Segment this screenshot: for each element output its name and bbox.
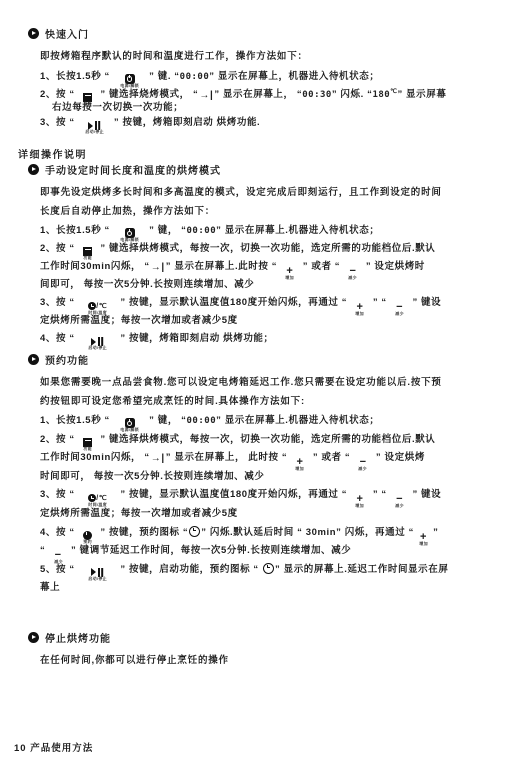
- text-run: ” 键设: [409, 297, 441, 308]
- section-title-row: 预约功能: [28, 353, 514, 366]
- step-line: 2、按 “ 功能 ” 键选择烘烤模式，每按一次，切换一次功能，选定所需的功能档位…: [40, 432, 514, 451]
- step-line: 定烘烤所需温度；每按一次增加或者减少5度: [40, 313, 514, 331]
- key-tiny-label: 减少: [359, 468, 368, 470]
- segment-display: 00:30: [302, 90, 332, 100]
- intro-line: 长度后自动停止加热，操作方法如下：: [40, 205, 514, 219]
- text-run: ” 显示在屏幕上.机器进入待机状态；: [216, 225, 379, 236]
- step-lines: 1、长按1.5秒 “电源/解锁” 键， “00:00” 显示在屏幕上.机器进入待…: [40, 413, 514, 599]
- arrow-symbol: →|: [199, 91, 213, 100]
- minus-button-icon: −减少: [391, 303, 408, 317]
- key-tiny-label: 减少: [54, 561, 63, 563]
- key-tiny-label: 增加: [286, 277, 295, 279]
- text-run: 3、按 “: [40, 297, 78, 308]
- key-tiny-label: 启动/停止: [88, 578, 107, 580]
- text-run: ” 显示的屏幕上.延迟工作时间显示在屏: [275, 564, 448, 575]
- plus-button-icon: +增加: [291, 458, 308, 472]
- key-tiny-label: 减少: [395, 313, 404, 315]
- text-run: ” 显示屏幕: [397, 89, 446, 100]
- clock-glyph: [263, 563, 274, 574]
- step-line: 间即可， 每按一次5分钟.长按则连续增加、减少: [40, 277, 514, 295]
- key-tiny-label: 电源/解锁: [120, 429, 139, 431]
- clock-glyph: [88, 302, 96, 310]
- step-line: 右边每按一次切换一次功能；: [40, 100, 514, 116]
- arrow-symbol: →|: [151, 263, 165, 272]
- key-tiny-label: 增加: [419, 543, 428, 545]
- step-line: 工作时间30min闪烁， “→|” 显示在屏幕上.此时按 “ +增加 ” 或者 …: [40, 259, 514, 277]
- text-run: 4、按 “: [40, 527, 78, 538]
- preset-glyph: [83, 531, 92, 540]
- power-glyph: [125, 418, 135, 428]
- step-line: 时间即可， 每按一次5分钟.长按则连续增加、减少: [40, 469, 514, 488]
- segment-display: 00:00: [180, 72, 210, 82]
- power-glyph: [125, 228, 135, 238]
- text-run: 2、按 “: [40, 434, 78, 445]
- section-title: 手动设定时间长度和温度的烘烤模式: [45, 162, 221, 177]
- text-run: 1、长按1.5秒 “: [40, 225, 110, 236]
- clock-icon: [189, 526, 200, 537]
- text-run: ” 按键，启动功能，预约图标 “: [117, 564, 262, 575]
- celsius-glyph: /℃: [96, 495, 107, 502]
- clock-icon: [263, 563, 274, 574]
- intro-line: 如果您需要晚一点品尝食物.您可以设定电烤箱延迟工作.您只需要在设定功能以后.按下…: [40, 376, 514, 390]
- text-run: 间即可， 每按一次5分钟.长按则连续增加、减少: [40, 279, 254, 290]
- text-run: ” “: [370, 297, 390, 308]
- text-run: 1、长按1.5秒 “: [40, 71, 110, 82]
- section-manual-time-temp: 手动设定时间长度和温度的烘烤模式即事先设定烘烤多长时间和多高温度的模式，设定完成…: [28, 163, 514, 349]
- key-tiny-label: 功能: [83, 103, 92, 105]
- text-run: 3、按 “: [40, 117, 75, 128]
- section-title: 预约功能: [45, 352, 89, 367]
- text-run: ” 键选择烘烤模式，每按一次，切换一次功能，选定所需的功能档位后.默认: [97, 434, 435, 445]
- text-run: 定烘烤所需温度；每按一次增加或者减少5度: [40, 508, 238, 519]
- key-tiny-label: 启动/停止: [88, 347, 107, 349]
- play-bullet-icon: [28, 354, 39, 365]
- text-run: “: [40, 545, 49, 556]
- text-run: ” 或者 “: [310, 452, 354, 463]
- key-tiny-label: 启动/停止: [85, 131, 104, 133]
- segment-display: 00:00: [187, 226, 217, 236]
- key-tiny-label: 增加: [356, 313, 365, 315]
- text-run: ” 显示在屏幕上.机器进入待机状态；: [216, 415, 379, 426]
- minus-button-icon: −减少: [344, 267, 361, 281]
- text-run: 4、按 “: [40, 333, 78, 344]
- play-bullet-icon: [28, 28, 39, 39]
- text-run: ” 按键，显示默认温度值180度开始闪烁，再通过 “: [117, 489, 350, 500]
- step-line: 1、长按1.5秒 “电源/解锁” 键. “00:00” 显示在屏幕上，机器进入待…: [40, 69, 514, 85]
- text-run: 工作时间30min闪烁， “: [40, 452, 150, 463]
- text-run: ” 闪烁. “: [332, 89, 373, 100]
- key-tiny-label: 减少: [349, 277, 358, 279]
- step-line: 3、按 “启动/停止” 按键，烤箱即刻启动 烘烤功能.: [40, 115, 514, 131]
- plus-button-icon: +增加: [281, 267, 298, 281]
- plus-symbol: +: [420, 533, 427, 542]
- text-run: ” 设定烘烤: [373, 452, 425, 463]
- text-run: 2、按 “: [40, 243, 78, 254]
- heading-detailed-operations: 详细操作说明: [18, 146, 504, 161]
- step-line: “ −减少 ” 键调节延迟工作时间，每按一次5分钟.长按则连续增加、减少: [40, 543, 514, 562]
- play-bullet-icon: [28, 164, 39, 175]
- section-preset-function: 预约功能如果您需要晚一点品尝食物.您可以设定电烤箱延迟工作.您只需要在设定功能以…: [28, 353, 514, 599]
- text-run: ” 显示在屏幕上.此时按 “: [166, 261, 281, 272]
- intro-line: 在任何时间,你都可以进行停止烹饪的操作: [40, 654, 514, 668]
- step-line: 1、长按1.5秒 “电源/解锁” 键， “00:00” 显示在屏幕上.机器进入待…: [40, 223, 514, 241]
- clock-glyph: [189, 526, 200, 537]
- text-run: ” 显示在屏幕上， “: [214, 89, 302, 100]
- page-footer: 10 产品使用方法: [14, 740, 93, 754]
- celsius-glyph: /℃: [96, 303, 107, 310]
- section-title-row: 停止烘烤功能: [28, 631, 514, 644]
- step-line: 4、按 “ 启动/停止 ” 按键，烤箱即刻启动 烘烤功能；: [40, 331, 514, 349]
- text-run: ” 按键，烤箱即刻启动 烘烤功能；: [117, 333, 273, 344]
- power-unlock-button-icon: 电源/解锁: [111, 418, 148, 433]
- step-lines: 1、长按1.5秒 “电源/解锁” 键. “00:00” 显示在屏幕上，机器进入待…: [40, 69, 514, 131]
- section-title-row: 快速入门: [28, 27, 514, 40]
- text-run: 工作时间30min闪烁， “: [40, 261, 150, 272]
- segment-display: 00:00: [187, 416, 217, 426]
- step-line: 2、按 “ 功能 ” 键选择烧烤模式， “→|” 显示在屏幕上， “00:30”…: [40, 84, 514, 100]
- text-run: ” 键设: [409, 489, 441, 500]
- step-line: 4、按 “ 预约 ” 按键，预约图标 “” 闪烁.默认延后时间 “ 30min”…: [40, 525, 514, 544]
- manual-page: 快速入门即按烤箱程序默认的时间和温度进行工作，操作方法如下：1、长按1.5秒 “…: [0, 0, 527, 774]
- text-run: ” 键. “: [149, 71, 180, 82]
- intro-line: 约按钮即可设定您希望完成烹饪的时间.具体操作方法如下:: [40, 395, 514, 409]
- text-run: 时间即可， 每按一次5分钟.长按则连续增加、减少: [40, 471, 264, 482]
- section-title-row: 手动设定时间长度和温度的烘烤模式: [28, 163, 514, 176]
- step-line: 定烘烤所需温度；每按一次增加或者减少5度: [40, 506, 514, 525]
- step-line: 幕上: [40, 580, 514, 599]
- text-run: 定烘烤所需温度；每按一次增加或者减少5度: [40, 315, 238, 326]
- key-tiny-label: 电源/解锁: [120, 85, 139, 87]
- step-line: 2、按 “ 功能 ” 键选择烘烤模式，每按一次，切换一次功能，选定所需的功能档位…: [40, 241, 514, 259]
- text-run: ” 设定烘烤时: [363, 261, 425, 272]
- text-run: 5、按 “: [40, 564, 78, 575]
- start-glyph: [91, 568, 104, 577]
- text-run: ” 显示在屏幕上，机器进入待机状态；: [209, 71, 379, 82]
- step-line: 1、长按1.5秒 “电源/解锁” 键， “00:00” 显示在屏幕上.机器进入待…: [40, 413, 514, 432]
- text-run: ” 闪烁.默认延后时间 “ 30min” 闪烁，再通过 “: [201, 527, 414, 538]
- text-run: ” 键， “: [149, 225, 186, 236]
- key-tiny-label: 功能: [83, 448, 92, 450]
- text-run: ”: [433, 527, 438, 538]
- text-run: ” 键， “: [149, 415, 186, 426]
- step-line: 工作时间30min闪烁， “→|” 显示在屏幕上， 此时按 “ +增加 ” 或者…: [40, 450, 514, 469]
- section-title: 快速入门: [45, 26, 89, 41]
- text-run: 右边每按一次切换一次功能；: [52, 102, 183, 113]
- key-tiny-label: 增加: [356, 505, 365, 507]
- power-glyph: [125, 74, 135, 84]
- text-run: ” 按键，预约图标 “: [97, 527, 188, 538]
- start-stop-button-icon: 启动/停止: [79, 337, 116, 351]
- step-lines: 1、长按1.5秒 “电源/解锁” 键， “00:00” 显示在屏幕上.机器进入待…: [40, 223, 514, 349]
- text-run: 1、长按1.5秒 “: [40, 415, 110, 426]
- clock-celsius-glyph: /℃: [88, 301, 108, 311]
- start-stop-button-icon: 启动/停止: [76, 121, 113, 135]
- text-run: 幕上: [40, 582, 60, 593]
- key-tiny-label: 预约: [83, 541, 92, 543]
- text-run: ” 按键，显示默认温度值180度开始闪烁，再通过 “: [117, 297, 350, 308]
- key-tiny-label: 电源/解锁: [120, 239, 139, 241]
- plus-button-icon: +增加: [351, 495, 368, 509]
- key-tiny-label: 减少: [395, 505, 404, 507]
- text-run: ” 键选择烧烤模式， “: [97, 89, 198, 100]
- text-run: ” 键调节延迟工作时间，每按一次5分钟.长按则连续增加、减少: [68, 545, 352, 556]
- step-line: 3、按 “ /℃时间/温度 ” 按键，显示默认温度值180度开始闪烁，再通过 “…: [40, 487, 514, 506]
- section-stop-baking: 停止烘烤功能在任何时间,你都可以进行停止烹饪的操作: [28, 631, 514, 673]
- minus-button-icon: −减少: [354, 458, 371, 472]
- plus-button-icon: +增加: [415, 533, 432, 547]
- arrow-into-bar-icon: →|: [199, 91, 213, 100]
- key-tiny-label: 功能: [83, 257, 92, 259]
- clock-glyph: [88, 494, 96, 502]
- text-run: ” 或者 “: [300, 261, 344, 272]
- arrow-into-bar-icon: →|: [151, 263, 165, 272]
- step-line: 5、按 “ 启动/停止 ” 按键，启动功能，预约图标 “ ” 显示的屏幕上.延迟…: [40, 562, 514, 581]
- text-run: ” “: [370, 489, 390, 500]
- text-run: 3、按 “: [40, 489, 78, 500]
- intro-line: 即事先设定烘烤多长时间和多高温度的模式，设定完成后即刻运行，且工作到设定的时间: [40, 186, 514, 200]
- step-line: 3、按 “ /℃时间/温度 ” 按键，显示默认温度值180度开始闪烁，再通过 “…: [40, 295, 514, 313]
- text-run: ” 显示在屏幕上， 此时按 “: [166, 452, 291, 463]
- key-tiny-label: 时间/温度: [88, 312, 107, 314]
- minus-button-icon: −减少: [391, 495, 408, 509]
- text-run: ” 键选择烘烤模式，每按一次，切换一次功能，选定所需的功能档位后.默认: [97, 243, 435, 254]
- section-heading: 详细操作说明: [18, 146, 504, 161]
- func-glyph: [83, 438, 92, 447]
- text-run: 2、按 “: [40, 89, 78, 100]
- text-run: ” 按键，烤箱即刻启动 烘烤功能.: [114, 117, 260, 128]
- intro-line: 即按烤箱程序默认的时间和温度进行工作，操作方法如下：: [40, 50, 514, 64]
- key-tiny-label: 时间/温度: [88, 504, 107, 506]
- arrow-symbol: →|: [151, 454, 165, 463]
- section-quick-start: 快速入门即按烤箱程序默认的时间和温度进行工作，操作方法如下：1、长按1.5秒 “…: [28, 27, 514, 131]
- plus-button-icon: +增加: [351, 303, 368, 317]
- play-bullet-icon: [28, 632, 39, 643]
- start-stop-button-icon: 启动/停止: [79, 568, 116, 582]
- key-tiny-label: 增加: [296, 468, 305, 470]
- segment-display: 180℃: [372, 90, 397, 100]
- arrow-into-bar-icon: →|: [151, 454, 165, 463]
- section-title: 停止烘烤功能: [45, 630, 111, 645]
